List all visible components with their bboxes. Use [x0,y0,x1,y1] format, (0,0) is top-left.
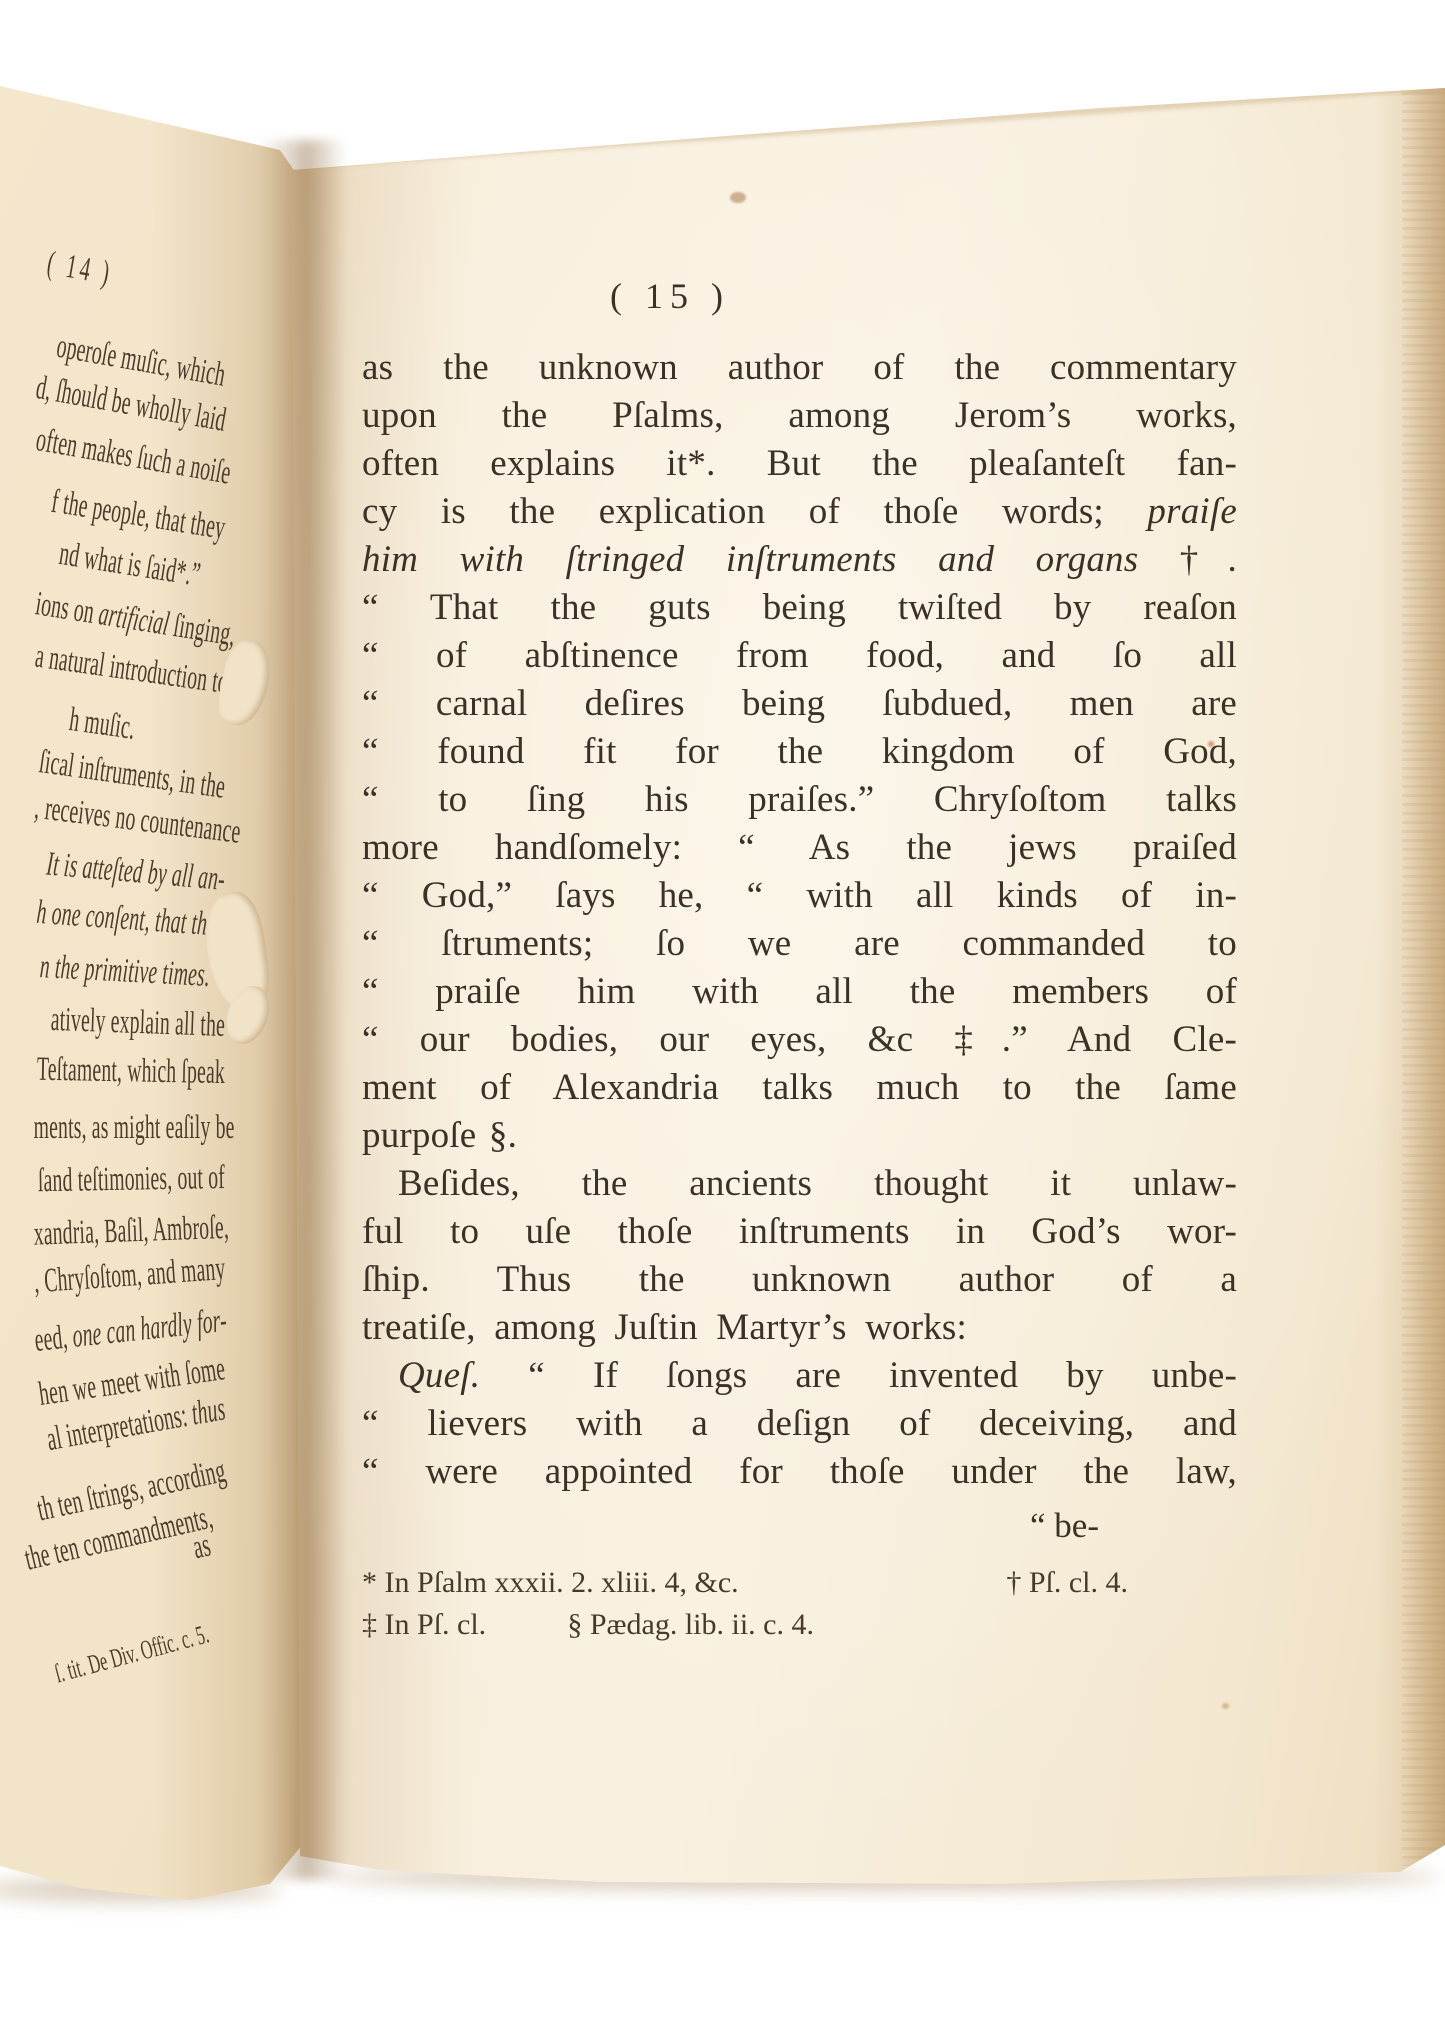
footnote-row: * In Pſalm xxxii. 2. xliii. 4, &c. † Pſ.… [362,1566,1128,1600]
text: ments, as might eaſily be [34,1109,235,1146]
text-line: purpoſe §. [362,1112,1237,1160]
text-line: “ were appointed for thoſe under the law… [362,1448,1237,1496]
text-line: “ our bodies, our eyes, &c ‡.” And Cle- [362,1016,1237,1064]
stain [730,192,746,203]
text: “ carnal deſires being ſubdued, men are [362,683,1237,724]
right-page-number: ( 15 ) [420,272,920,320]
text-line: ments, as might eaſily be [34,1106,225,1150]
text-line: “ of abſtinence from food, and ſo all [362,632,1237,680]
footnote-row: ‡ In Pſ. cl. § Pædag. lib. ii. c. 4. [362,1608,814,1642]
text-line: “ That the guts being twiſted by reaſon [362,584,1237,632]
text-line: “ to ſing his praiſes.” Chryſoſtom talks [362,776,1237,824]
text: xandria, Baſil, Ambroſe, [33,1209,229,1253]
right-page-text-column: as the unknown author of the commentaryu… [362,344,1237,1496]
text-line: “ ſtruments; ſo we are commanded to [362,920,1237,968]
text: Beſides, the ancients thought it unlaw- [398,1163,1237,1204]
text-line: as the unknown author of the commentary [362,344,1237,392]
text: , Chryſoſtom, and many [33,1250,227,1300]
text-line: often explains it*. But the pleaſanteſt … [362,440,1237,488]
text: “ lievers with a deſign of deceiving, an… [362,1403,1237,1444]
text-line: atively explain all the [33,997,226,1048]
text-line: Queſ. “ If ſongs are invented by unbe- [362,1352,1237,1400]
text: “ were appointed for thoſe under the law… [362,1451,1237,1492]
text: often explains it*. But the pleaſanteſt … [362,443,1237,484]
text-line: “ lievers with a deſign of deceiving, an… [362,1400,1237,1448]
text-line: ful to uſe thoſe inſtruments in God’s wo… [362,1208,1237,1256]
text: “ That the guts being twiſted by reaſon [362,587,1237,628]
book-gutter-shadow [258,140,346,1880]
open-book-photo: ( 14 ) operoſe muſic, whichd, ſhould be … [0,0,1445,2023]
text: atively explain all the [50,1001,225,1044]
italic-text: thus [189,1390,228,1432]
italic-text: him with ſtringed inſtruments and organs [362,539,1138,580]
footnote-dagger: † Pſ. cl. 4. [1006,1566,1128,1600]
text: cy is the explication of thoſe words; [362,491,1147,532]
text-line: upon the Pſalms, among Jerom’s works, [362,392,1237,440]
text-line: ſand teſtimonies, out of [33,1156,225,1203]
italic-text: h one conſent, that they [35,894,226,944]
text: ful to uſe thoſe inſtruments in God’s wo… [362,1211,1237,1252]
text: ions on [33,585,102,632]
right-catchword: “ be- [1030,1506,1099,1546]
text-line: “ praiſe him with all the members of [362,968,1237,1016]
text: purpoſe §. [362,1115,517,1156]
text: “ of abſtinence from food, and ſo all [362,635,1237,676]
footnote-section: § Pædag. lib. ii. c. 4. [567,1608,814,1642]
italic-text: Queſ. [398,1355,480,1396]
text: “ to ſing his praiſes.” Chryſoſtom talks [362,779,1237,820]
italic-text: artificial [96,595,172,643]
text-line: h muſic. [0,688,138,751]
stain [1222,1703,1229,1709]
text: “ If ſongs are invented by unbe- [480,1355,1237,1396]
fore-edge-page-stack [1402,86,1445,1866]
italic-text: n the primitive times. [39,948,211,994]
italic-text: It is atteſted by all an- [45,845,227,897]
text: “ our bodies, our eyes, &c ‡.” And Cle- [362,1019,1237,1060]
left-footnote: ſ. tit. De Div. Offic. c. 5. [21,1614,213,1701]
text: “ ſtruments; ſo we are commanded to [362,923,1237,964]
text: ſhip. Thus the unknown author of a [362,1259,1237,1300]
text-line: more handſomely: “ As the jews praiſed [362,824,1237,872]
text: as the unknown author of the commentary [362,347,1237,388]
text-line: Beſides, the ancients thought it unlaw- [362,1160,1237,1208]
text-line: Teſtament, which ſpeak [33,1048,225,1095]
text: upon the Pſalms, among Jerom’s works, [362,395,1237,436]
text-line: ment of Alexandria talks much to the ſam… [362,1064,1237,1112]
footnote-double-dagger: ‡ In Pſ. cl. [362,1608,486,1642]
italic-text: one can hardly for- [71,1302,229,1355]
text-line: him with ſtringed inſtruments and organs… [362,536,1237,584]
text: treatiſe, among Juſtin Martyr’s works: [362,1307,967,1348]
text-line: ſhip. Thus the unknown author of a [362,1256,1237,1304]
italic-text: praiſe [1147,491,1237,532]
left-page-number: ( 14 ) [18,240,143,298]
page-top-edge [290,83,1445,169]
text: h muſic. [67,701,138,747]
footnote-asterisk: * In Pſalm xxxii. 2. xliii. 4, &c. [362,1566,739,1600]
text-line: “ God,” ſays he, “ with all kinds of in- [362,872,1237,920]
text: “ praiſe him with all the members of [362,971,1237,1012]
text: ſinging, [166,606,238,653]
text: ſand teſtimonies, out of [38,1159,226,1199]
text: more handſomely: “ As the jews praiſed [362,827,1237,868]
text-line: cy is the explication of thoſe words; pr… [362,488,1237,536]
text: “ found fit for the kingdom of God, [362,731,1237,772]
text-line: “ carnal deſires being ſubdued, men are [362,680,1237,728]
text-line: “ found fit for the kingdom of God, [362,728,1237,776]
text: †. [1138,539,1237,580]
text: “ God,” ſays he, “ with all kinds of in- [362,875,1237,916]
text: Teſtament, which ſpeak [37,1051,226,1091]
text-line: n the primitive times. [26,944,211,998]
text-line: treatiſe, among Juſtin Martyr’s works: [362,1304,1237,1352]
text: eed, [33,1318,75,1359]
text: ment of Alexandria talks much to the ſam… [362,1067,1237,1108]
